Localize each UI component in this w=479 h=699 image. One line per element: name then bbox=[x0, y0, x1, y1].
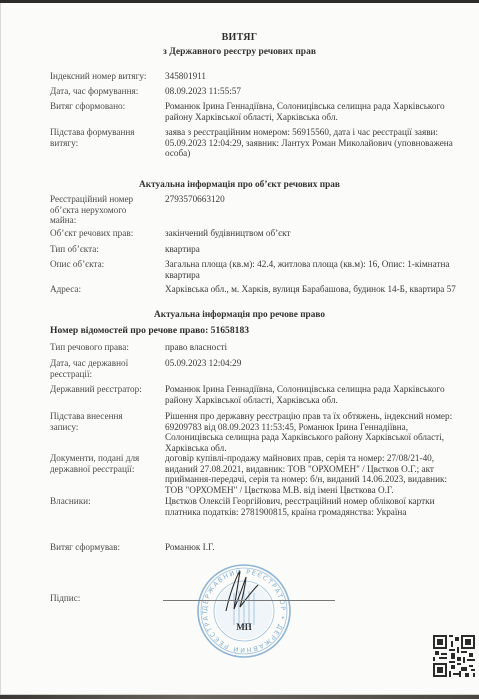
field-label: Адреса: bbox=[50, 284, 160, 295]
signature-line bbox=[163, 600, 335, 601]
scan-bottom-edge bbox=[0, 695, 479, 699]
document-subtitle: з Державного реєстру речових прав bbox=[0, 47, 479, 57]
right-record-number: Номер відомостей про речове право: 51658… bbox=[50, 325, 249, 336]
document-page: ВИТЯГ з Державного реєстру речових прав … bbox=[0, 3, 479, 695]
field-label: Тип об’єкта: bbox=[50, 244, 160, 255]
field-value: 345801911 bbox=[165, 71, 465, 82]
field-label: Підстава формування витягу: bbox=[50, 127, 150, 148]
field-value: Романюк Ірина Геннадіївна, Солоницівська… bbox=[165, 101, 465, 122]
field-value: Харківська обл., м. Харків, вулиця Бараб… bbox=[165, 284, 465, 295]
right-section-heading: Актуальна інформація про речове право bbox=[0, 310, 479, 320]
qr-code-icon bbox=[433, 634, 475, 678]
field-label: Витяг сформовано: bbox=[50, 101, 160, 112]
field-label: Підстава внесення запису: bbox=[50, 411, 140, 432]
field-label: Об’єкт речових прав: bbox=[50, 228, 160, 239]
field-value: Цвєтков Олексій Георгійович, реєстраційн… bbox=[165, 496, 465, 517]
field-label: Тип речового права: bbox=[50, 342, 160, 353]
field-label: Дата, час формування: bbox=[50, 86, 160, 97]
field-label: Державний реєстратор: bbox=[50, 384, 160, 395]
object-section-heading: Актуальна інформація про об’єкт речових … bbox=[0, 180, 479, 190]
field-value: 08.09.2023 11:55:57 bbox=[165, 86, 465, 97]
field-value: Загальна площа (кв.м): 42.4, житлова пло… bbox=[165, 259, 465, 280]
qr-code[interactable] bbox=[433, 634, 475, 678]
field-label: Дата, час державної реєстрації: bbox=[50, 358, 145, 379]
signature-label: Підпис: bbox=[50, 593, 160, 604]
field-label: Власники: bbox=[50, 496, 160, 507]
field-value: квартира bbox=[165, 244, 465, 255]
stamp-mp-text: МП bbox=[236, 622, 252, 632]
field-label: Опис об’єкта: bbox=[50, 259, 160, 270]
document-title: ВИТЯГ bbox=[0, 32, 479, 43]
field-label: Реєстраційний номер об’єкта нерухомого м… bbox=[50, 194, 150, 226]
field-value: Романюк І.Г. bbox=[165, 542, 465, 553]
field-value: 2793570663120 bbox=[165, 194, 465, 205]
field-value: 05.09.2023 12:04:29 bbox=[165, 358, 465, 369]
field-value: Рішення про державну реєстрацію прав та … bbox=[165, 411, 465, 453]
field-value: закінчений будівництвом об’єкт bbox=[165, 228, 465, 239]
official-stamp: ДЕРЖАВНИЙ РЕЄСТРАТОР • ДЕРЖАВНИЙ РЕЄСТРА… bbox=[196, 563, 292, 659]
field-label: Індексний номер витягу: bbox=[50, 71, 160, 82]
field-label: Витяг сформував: bbox=[50, 542, 160, 553]
field-value: право власності bbox=[165, 342, 465, 353]
field-value: договір купівлі-продажу майнових прав, с… bbox=[165, 453, 465, 495]
stamp-seal-icon: ДЕРЖАВНИЙ РЕЄСТРАТОР • ДЕРЖАВНИЙ РЕЄСТРА… bbox=[196, 563, 292, 659]
field-value: Романюк Ірина Геннадіївна, Солоницівська… bbox=[165, 384, 465, 405]
field-label: Документи, подані для державної реєстрац… bbox=[50, 453, 160, 474]
field-value: заява з реєстраційним номером: 56915560,… bbox=[165, 127, 465, 159]
